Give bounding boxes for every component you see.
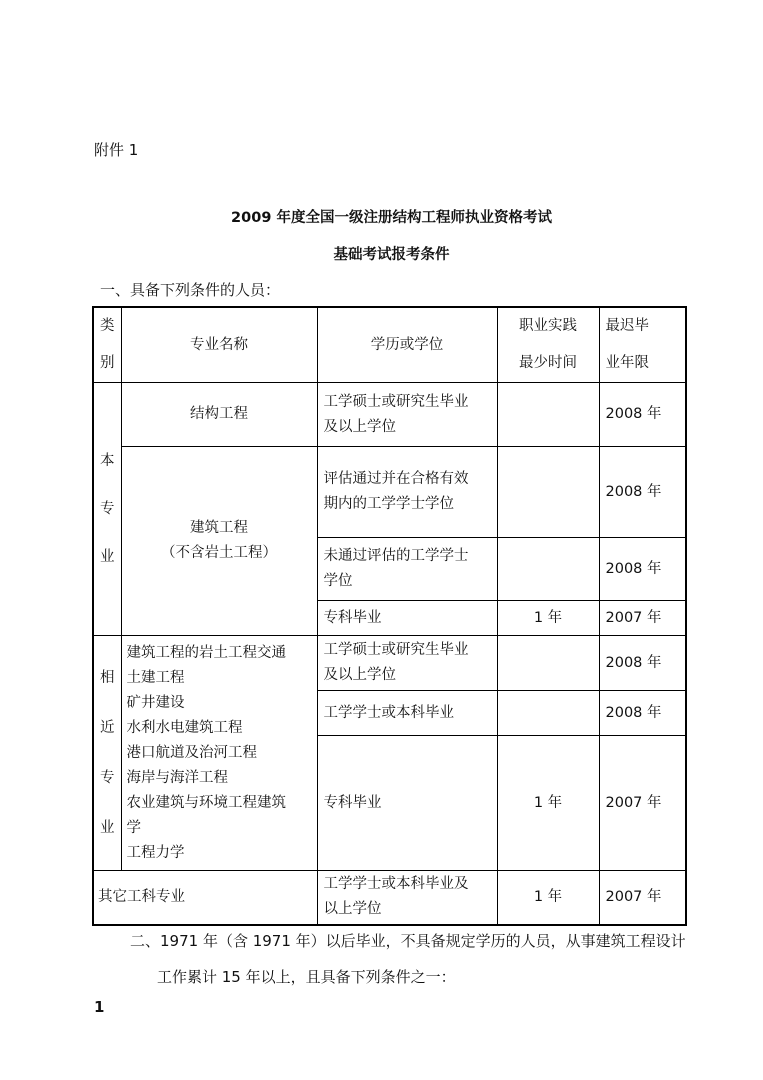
- graduation-cell: 2007 年: [599, 871, 686, 925]
- table-row: 其它工科专业 工学学士或本科毕业及以上学位 1 年 2007 年: [93, 871, 686, 925]
- section-1-heading: 一、具备下列条件的人员：: [100, 279, 280, 300]
- graduation-cell: 2007 年: [599, 736, 686, 871]
- header-major: 专业名称: [121, 307, 317, 383]
- category-same-major: 本专业: [93, 383, 121, 636]
- practice-cell: [497, 383, 599, 447]
- graduation-cell: 2008 年: [599, 447, 686, 538]
- graduation-cell: 2008 年: [599, 538, 686, 601]
- practice-cell: 1 年: [497, 871, 599, 925]
- header-category: 类别: [93, 307, 121, 383]
- graduation-cell: 2008 年: [599, 691, 686, 736]
- degree-cell: 评估通过并在合格有效期内的工学学士学位: [317, 447, 497, 538]
- degree-cell: 工学硕士或研究生毕业及以上学位: [317, 383, 497, 447]
- table-row: 建筑工程（不含岩土工程） 评估通过并在合格有效期内的工学学士学位 2008 年: [93, 447, 686, 538]
- table-header-row: 类别 专业名称 学历或学位 职业实践最少时间 最迟毕业年限: [93, 307, 686, 383]
- graduation-cell: 2008 年: [599, 383, 686, 447]
- category-related-major: 相近专业: [93, 636, 121, 871]
- graduation-cell: 2007 年: [599, 601, 686, 636]
- practice-cell: [497, 447, 599, 538]
- table-row: 本专业 结构工程 工学硕士或研究生毕业及以上学位 2008 年: [93, 383, 686, 447]
- degree-cell: 专科毕业: [317, 736, 497, 871]
- document-subtitle: 基础考试报考条件: [0, 243, 763, 264]
- practice-cell: 1 年: [497, 601, 599, 636]
- major-cell: 建筑工程（不含岩土工程）: [121, 447, 317, 636]
- major-cell: 结构工程: [121, 383, 317, 447]
- degree-cell: 工学学士或本科毕业: [317, 691, 497, 736]
- practice-cell: [497, 636, 599, 691]
- document-title: 2009 年度全国一级注册结构工程师执业资格考试: [0, 206, 763, 227]
- header-graduation: 最迟毕业年限: [599, 307, 686, 383]
- attachment-label: 附件 1: [94, 139, 138, 160]
- graduation-cell: 2008 年: [599, 636, 686, 691]
- section-2-line-1: 二、1971 年（含 1971 年）以后毕业，不具备规定学历的人员，从事建筑工程…: [130, 930, 686, 951]
- table-row: 相近专业 建筑工程的岩土工程交通土建工程矿井建设水利水电建筑工程港口航道及治河工…: [93, 636, 686, 691]
- practice-cell: [497, 538, 599, 601]
- section-2-line-2: 工作累计 15 年以上，且具备下列条件之一：: [157, 966, 456, 987]
- degree-cell: 工学硕士或研究生毕业及以上学位: [317, 636, 497, 691]
- page-number: 1: [94, 998, 104, 1016]
- practice-cell: [497, 691, 599, 736]
- header-degree: 学历或学位: [317, 307, 497, 383]
- related-majors-list: 建筑工程的岩土工程交通土建工程矿井建设水利水电建筑工程港口航道及治河工程海岸与海…: [121, 636, 317, 871]
- degree-cell: 专科毕业: [317, 601, 497, 636]
- degree-cell: 工学学士或本科毕业及以上学位: [317, 871, 497, 925]
- requirements-table: 类别 专业名称 学历或学位 职业实践最少时间 最迟毕业年限 本专业 结构工程 工…: [92, 306, 687, 926]
- practice-cell: 1 年: [497, 736, 599, 871]
- header-practice: 职业实践最少时间: [497, 307, 599, 383]
- major-cell-other: 其它工科专业: [93, 871, 317, 925]
- degree-cell: 未通过评估的工学学士学位: [317, 538, 497, 601]
